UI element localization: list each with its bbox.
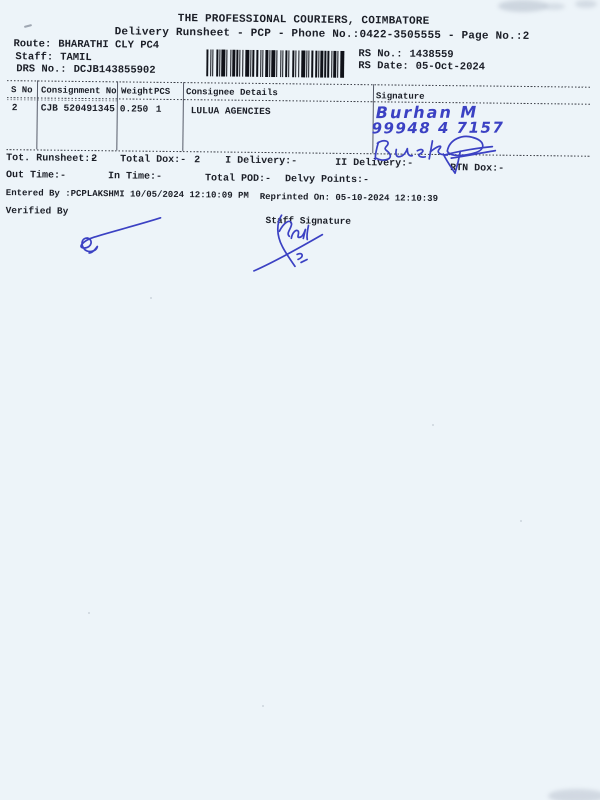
col-header-pcs: PCS: [154, 87, 170, 97]
row-s-no: 2: [12, 102, 18, 113]
route-line: Route:BHARATHI CLY PC4: [13, 38, 159, 52]
col-header-consignee-details: Consignee Details: [186, 87, 278, 98]
page-title: THE PROFESSIONAL COURIERS, COIMBATORE: [178, 13, 430, 28]
rtn-dox-label: RTN Dox:-: [450, 163, 504, 175]
verified-by-label: Verified By: [6, 205, 69, 217]
drs-line: DRS No.:DCJB143855902: [16, 63, 155, 77]
total-dox-value: 2: [194, 155, 200, 166]
row-consignee: LULUA AGENCIES: [191, 105, 271, 117]
route-value: BHARATHI CLY PC4: [58, 39, 159, 52]
verified-by-signature: [81, 217, 161, 254]
rs-no-label: RS No.:: [358, 48, 402, 60]
tot-runsheet-label: Tot. Runsheet:-: [6, 153, 96, 165]
rs-no-line: RS No.:1438559: [358, 48, 453, 61]
rs-no-value: 1438559: [409, 48, 453, 60]
in-time-label: In Time:-: [108, 171, 162, 183]
staff-line: Staff:TAMIL: [15, 51, 91, 64]
col-header-consignment-no: Consignment No: [41, 85, 117, 96]
delvy-points-label: Delvy Points:-: [285, 174, 369, 186]
total-pod-label: Total POD:-: [205, 173, 271, 185]
column-divider: [182, 82, 184, 151]
ii-delivery-label: II Delivery:-: [335, 158, 413, 170]
drs-value: DCJB143855902: [74, 64, 156, 77]
staff-label: Staff:: [15, 51, 53, 63]
row-consignment-no: CJB 520491345: [41, 102, 115, 114]
ink-signatures-layer: [0, 0, 600, 800]
rs-date-label: RS Date:: [358, 60, 409, 73]
reprinted-on-line: Reprinted On: 05-10-2024 12:10:39: [260, 192, 438, 204]
barcode-icon: [206, 49, 344, 78]
drs-label: DRS No.:: [16, 63, 67, 76]
route-label: Route:: [13, 38, 51, 50]
col-header-weight: Weight: [121, 86, 154, 96]
entered-by-line: Entered By :PCPLAKSHMI 10/05/2024 12:10:…: [6, 188, 249, 201]
staff-signature-label: Staff Signature: [265, 215, 351, 227]
i-delivery-label: I Delivery:-: [225, 156, 297, 168]
out-time-label: Out Time:-: [6, 170, 66, 182]
document-content: THE PROFESSIONAL COURIERS, COIMBATORE De…: [0, 0, 600, 800]
staff-value: TAMIL: [60, 51, 92, 63]
col-header-s-no: S No: [11, 85, 33, 95]
rs-date-line: RS Date:05-Oct-2024: [358, 60, 485, 73]
scanned-delivery-runsheet: THE PROFESSIONAL COURIERS, COIMBATORE De…: [0, 0, 600, 800]
col-header-signature: Signature: [376, 91, 425, 102]
table-header-rule-partial: [7, 99, 117, 102]
tot-runsheet-value: 2: [91, 154, 97, 165]
handwritten-phone-number: 99948 4 7157: [372, 119, 505, 138]
row-weight: 0.250: [120, 103, 149, 114]
total-dox-label: Total Dox:-: [120, 154, 186, 166]
rs-date-value: 05-Oct-2024: [416, 61, 485, 74]
row-pcs: 1: [156, 104, 162, 115]
page-subtitle: Delivery Runsheet - PCP - Phone No.:0422…: [115, 26, 530, 43]
column-divider: [36, 80, 38, 149]
